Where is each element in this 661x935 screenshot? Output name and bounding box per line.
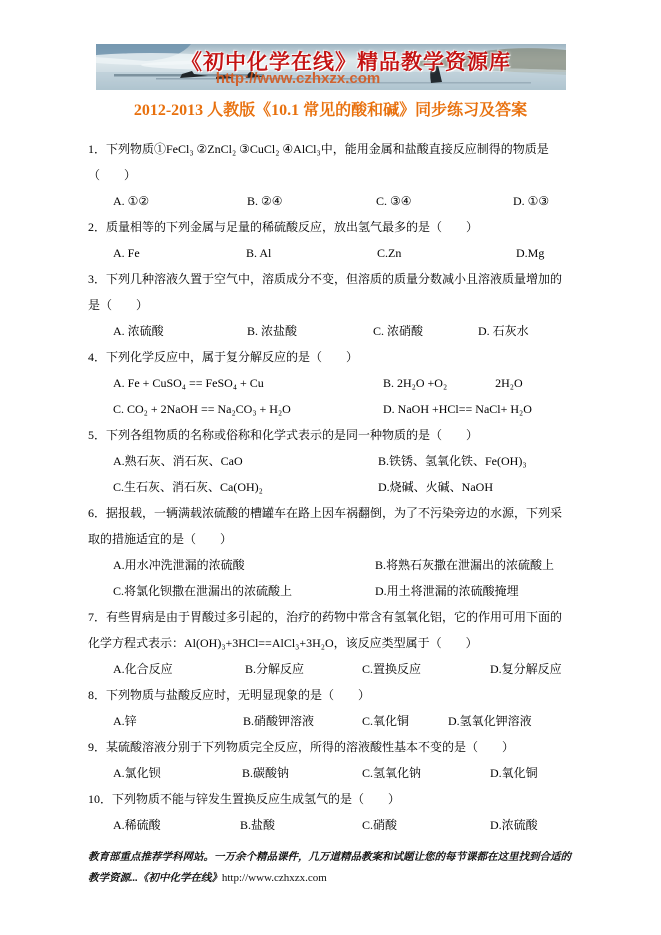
answer-option: C.氧化铜 [362,708,448,734]
question-text: 1．下列物质①FeCl₃ ②ZnCl₂ ③CuCl₂ ④AlCl₃中，能用金属和… [88,136,593,188]
answer-option: C.将氯化钡撒在泄漏出的浓硫酸上 [113,578,375,604]
answer-option: D.Mg [516,240,593,266]
answer-option: D.氧化铜 [490,760,593,786]
question-text: 2．质量相等的下列金属与足量的稀硫酸反应，放出氢气最多的是（ ） [88,214,593,240]
answer-option: D. ①③ [513,188,593,214]
question-3: 3．下列几种溶液久置于空气中，溶质成分不变，但溶质的质量分数减小且溶液质量增加的… [88,266,593,344]
answer-option: A.化合反应 [113,656,245,682]
answer-option: D. NaOH +HCl== NaCl+ H₂O [383,396,593,422]
answer-option: B. 浓盐酸 [247,318,373,344]
question-1: 1．下列物质①FeCl₃ ②ZnCl₂ ③CuCl₂ ④AlCl₃中，能用金属和… [88,136,593,214]
answer-option: B. ②④ [247,188,376,214]
answer-options-row: A.化合反应B.分解反应C.置换反应D.复分解反应 [88,656,593,682]
answer-option: A.熟石灰、消石灰、CaO [113,448,378,474]
answer-options-row: A.锌B.硝酸钾溶液C.氧化铜D.氢氧化钾溶液 [88,708,593,734]
answer-options-row: A. ①②B. ②④C. ③④D. ①③ [88,188,593,214]
answer-option: A. Fe [113,240,246,266]
answer-option: D. 石灰水 [478,318,593,344]
answer-option: A.锌 [113,708,243,734]
question-text: 9．某硫酸溶液分别于下列物质完全反应，所得的溶液酸性基本不变的是（ ） [88,734,593,760]
answer-option: D.复分解反应 [490,656,593,682]
answer-options-row: A. 浓硫酸B. 浓盐酸C. 浓硝酸D. 石灰水 [88,318,593,344]
answer-options-row: A.氯化钡B.碳酸钠C.氢氧化钠D.氧化铜 [88,760,593,786]
question-text: 10．下列物质不能与锌发生置换反应生成氢气的是（ ） [88,786,593,812]
answer-option: D.用土将泄漏的浓硫酸掩埋 [375,578,593,604]
answer-option: C.Zn [377,240,516,266]
answer-option: A.用水冲洗泄漏的浓硫酸 [113,552,375,578]
answer-option: D.烧碱、火碱、NaOH [378,474,593,500]
question-text: 5．下列各组物质的名称或俗称和化学式表示的是同一种物质的是（ ） [88,422,593,448]
answer-option: B. Al [246,240,377,266]
answer-option: B. 2H₂O +O₂ 2H₂O [383,370,593,396]
question-4: 4．下列化学反应中，属于复分解反应的是（ ）A. Fe + CuSO₄ == F… [88,344,593,422]
document-title: 2012-2013 人教版《10.1 常见的酸和碱》同步练习及答案 [0,99,661,122]
answer-options-row: A.用水冲洗泄漏的浓硫酸B.将熟石灰撒在泄漏出的浓硫酸上C.将氯化钡撒在泄漏出的… [88,552,593,604]
question-7: 7．有些胃病是由于胃酸过多引起的，治疗的药物中常含有氢氧化铝，它的作用可用下面的… [88,604,593,682]
question-6: 6．据报载，一辆满载浓硫酸的槽罐车在路上因车祸翻倒，为了不污染旁边的水源，下列采… [88,500,593,604]
footer-text-line1: 教育部重点推荐学科网站。一万余个精品课件，几万道精品教案和试题让您的每节课都在这… [88,852,571,863]
worksheet-page: 《初中化学在线》精品教学资源库 http://www.czhxzx.com 20… [0,0,661,935]
answer-option: A.稀硫酸 [113,812,240,838]
answer-option: B.铁锈、氢氧化铁、Fe(OH)₃ [378,448,593,474]
question-9: 9．某硫酸溶液分别于下列物质完全反应，所得的溶液酸性基本不变的是（ ）A.氯化钡… [88,734,593,786]
answer-options-row: A. FeB. AlC.ZnD.Mg [88,240,593,266]
answer-option: A. Fe + CuSO₄ == FeSO₄ + Cu [113,370,383,396]
answer-option: C.氢氧化钠 [362,760,490,786]
answer-option: B.将熟石灰撒在泄漏出的浓硫酸上 [375,552,593,578]
answer-option: A. ①② [113,188,247,214]
question-8: 8．下列物质与盐酸反应时，无明显现象的是（ ）A.锌B.硝酸钾溶液C.氧化铜D.… [88,682,593,734]
question-2: 2．质量相等的下列金属与足量的稀硫酸反应，放出氢气最多的是（ ）A. FeB. … [88,214,593,266]
site-banner: 《初中化学在线》精品教学资源库 http://www.czhxzx.com [96,44,566,90]
footer-site-url[interactable]: http://www.czhxzx.com [222,872,327,884]
answer-option: C. 浓硝酸 [373,318,478,344]
answer-option: D.氢氧化钾溶液 [448,708,593,734]
answer-option: B.盐酸 [240,812,362,838]
question-10: 10．下列物质不能与锌发生置换反应生成氢气的是（ ）A.稀硫酸B.盐酸C.硝酸D… [88,786,593,838]
question-text: 8．下列物质与盐酸反应时，无明显现象的是（ ） [88,682,593,708]
question-text: 4．下列化学反应中，属于复分解反应的是（ ） [88,344,593,370]
answer-option: C. CO₂ + 2NaOH == Na₂CO₃ + H₂O [113,396,383,422]
answer-option: C.生石灰、消石灰、Ca(OH)₂ [113,474,378,500]
answer-options-row: A. Fe + CuSO₄ == FeSO₄ + CuB. 2H₂O +O₂ 2… [88,370,593,422]
answer-option: B.硝酸钾溶液 [243,708,362,734]
answer-option: A. 浓硫酸 [113,318,247,344]
page-footer: 教育部重点推荐学科网站。一万余个精品课件，几万道精品教案和试题让您的每节课都在这… [88,848,588,889]
answer-options-row: A.稀硫酸B.盐酸C.硝酸D.浓硫酸 [88,812,593,838]
answer-option: C.硝酸 [362,812,490,838]
answer-option: B.碳酸钠 [242,760,362,786]
answer-option: B.分解反应 [245,656,362,682]
question-text: 6．据报载，一辆满载浓硫酸的槽罐车在路上因车祸翻倒，为了不污染旁边的水源，下列采… [88,500,593,552]
question-text: 7．有些胃病是由于胃酸过多引起的，治疗的药物中常含有氢氧化铝，它的作用可用下面的… [88,604,593,656]
answer-option: C.置换反应 [362,656,490,682]
answer-option: D.浓硫酸 [490,812,593,838]
answer-options-row: A.熟石灰、消石灰、CaOB.铁锈、氢氧化铁、Fe(OH)₃C.生石灰、消石灰、… [88,448,593,500]
question-5: 5．下列各组物质的名称或俗称和化学式表示的是同一种物质的是（ ）A.熟石灰、消石… [88,422,593,500]
question-list: 1．下列物质①FeCl₃ ②ZnCl₂ ③CuCl₂ ④AlCl₃中，能用金属和… [88,136,593,838]
footer-text-line2: 教学资源...《初中化学在线》 [88,873,222,884]
answer-option: C. ③④ [376,188,513,214]
banner-site-url[interactable]: http://www.czhxzx.com [96,70,500,87]
question-text: 3．下列几种溶液久置于空气中，溶质成分不变，但溶质的质量分数减小且溶液质量增加的… [88,266,593,318]
answer-option: A.氯化钡 [113,760,242,786]
